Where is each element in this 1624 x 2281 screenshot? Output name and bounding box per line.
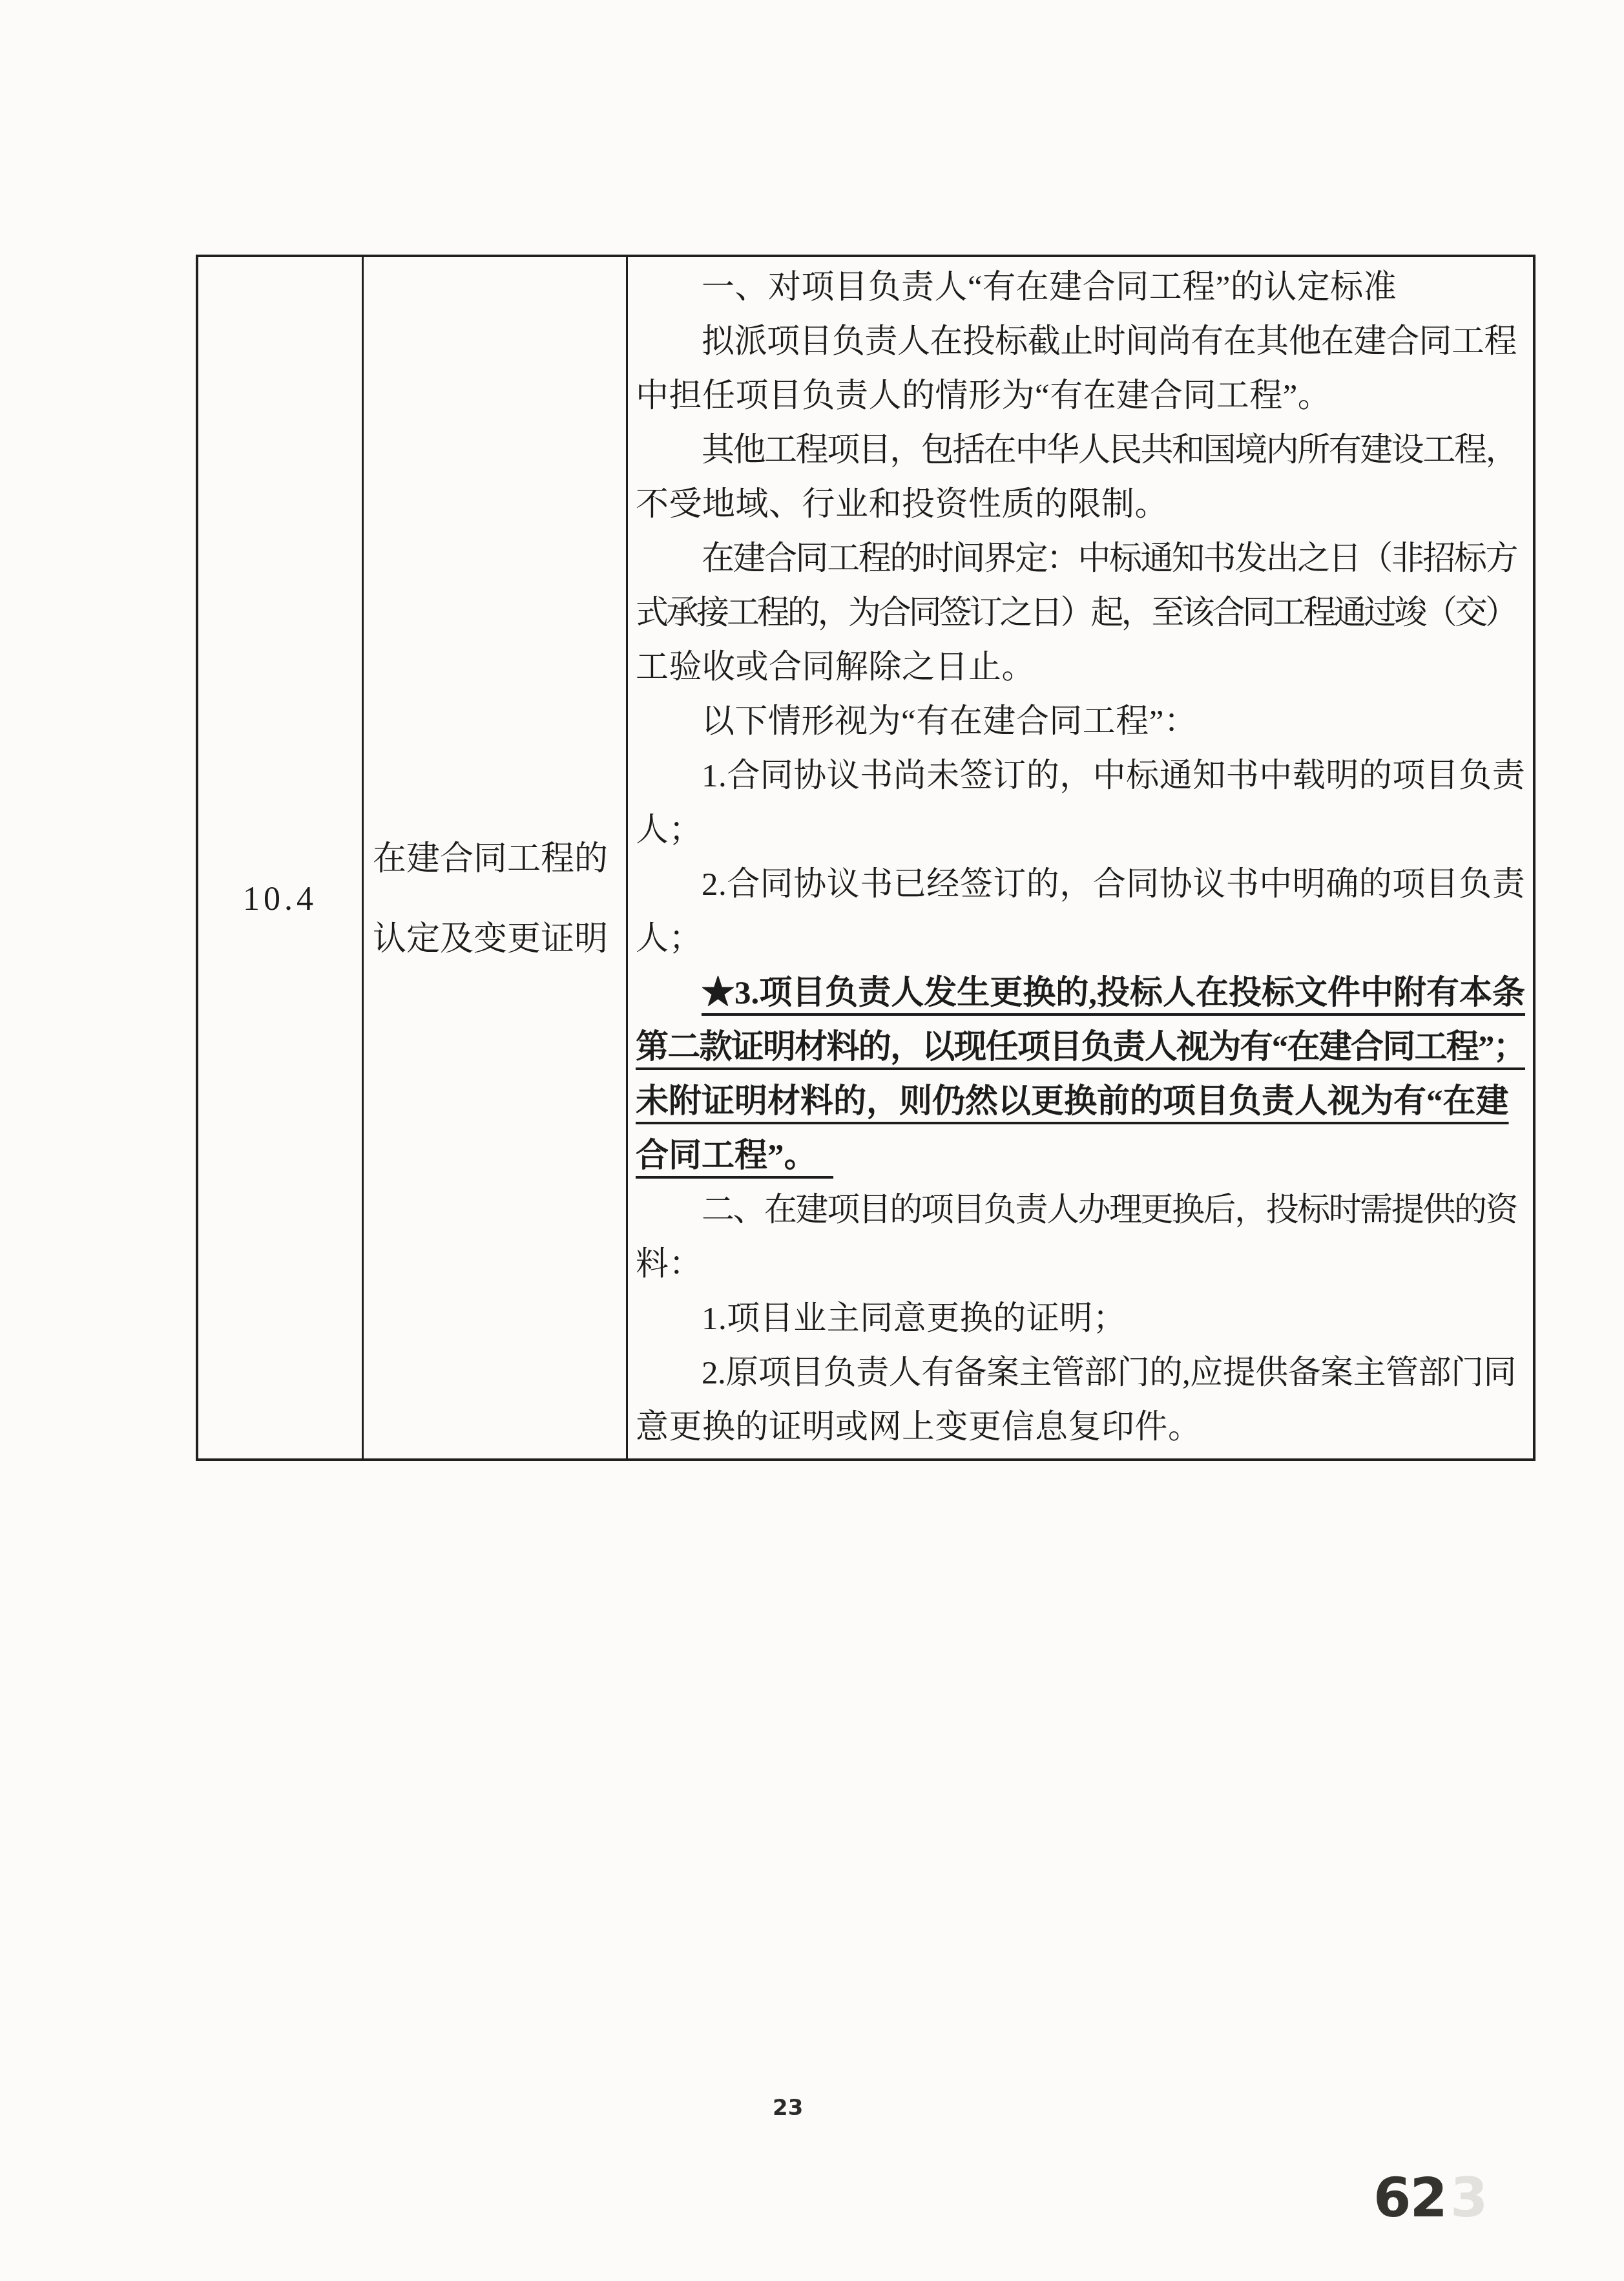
clause-content-line: 1.项目业主同意更换的证明；: [636, 1292, 1525, 1346]
clause-content-line: 1.合同协议书尚未签订的，中标通知书中载明的项目负责: [636, 749, 1525, 803]
clause-table: 10.4 在建合同工程的认定及变更证明 一、对项目负责人“有在建合同工程”的认定…: [196, 255, 1536, 1461]
clause-content-line: 2.原项目负责人有备案主管部门的,应提供备案主管部门同: [636, 1346, 1525, 1400]
stamp-digits: 62: [1373, 2166, 1446, 2229]
clause-content-cell: 一、对项目负责人“有在建合同工程”的认定标准拟派项目负责人在投标截止时间尚有在其…: [628, 257, 1533, 1458]
clause-content-line: 不受地域、行业和投资性质的限制。: [636, 478, 1525, 532]
clause-content-line: 式承接工程的，为合同签订之日）起，至该合同工程通过竣（交）: [636, 586, 1525, 640]
clause-content-line: 料：: [636, 1237, 1525, 1292]
clause-content-line: 一、对项目负责人“有在建合同工程”的认定标准: [636, 260, 1525, 315]
clause-content-line: ★3.项目负责人发生更换的,投标人在投标文件中附有本条: [636, 966, 1525, 1020]
clause-number: 10.4: [243, 880, 317, 918]
clause-content-line: 合同工程”。: [636, 1129, 1525, 1183]
clause-content: 一、对项目负责人“有在建合同工程”的认定标准拟派项目负责人在投标截止时间尚有在其…: [636, 260, 1525, 1455]
clause-number-cell: 10.4: [198, 257, 364, 1458]
clause-content-line: 在建合同工程的时间界定：中标通知书发出之日（非招标方: [636, 532, 1525, 586]
clause-content-line: 未附证明材料的，则仍然以更换前的项目负责人视为有“在建: [636, 1075, 1525, 1129]
clause-content-line: 中担任项目负责人的情形为“有在建合同工程”。: [636, 369, 1525, 423]
clause-content-line: 第二款证明材料的，以现任项目负责人视为有“在建合同工程”；: [636, 1020, 1525, 1075]
clause-content-line: 人；: [636, 912, 1525, 966]
clause-content-line: 以下情形视为“有在建合同工程”：: [636, 695, 1525, 749]
clause-title: 在建合同工程的认定及变更证明: [373, 819, 619, 980]
clause-content-line: 2.合同协议书已经签订的，合同协议书中明确的项目负责: [636, 857, 1525, 912]
clause-title-cell: 在建合同工程的认定及变更证明: [364, 257, 628, 1458]
clause-content-line: 拟派项目负责人在投标截止时间尚有在其他在建合同工程: [636, 315, 1525, 369]
stamp-ghost-digit: 3: [1450, 2166, 1486, 2229]
clause-content-line: 意更换的证明或网上变更信息复印件。: [636, 1400, 1525, 1455]
clause-content-line: 二、在建项目的项目负责人办理更换后，投标时需提供的资: [636, 1183, 1525, 1237]
page-number: 23: [773, 2095, 803, 2121]
stamp-number: 623: [1373, 2166, 1486, 2229]
clause-content-line: 工验收或合同解除之日止。: [636, 640, 1525, 695]
clause-content-line: 其他工程项目，包括在中华人民共和国境内所有建设工程，: [636, 423, 1525, 478]
clause-content-line: 人；: [636, 803, 1525, 857]
